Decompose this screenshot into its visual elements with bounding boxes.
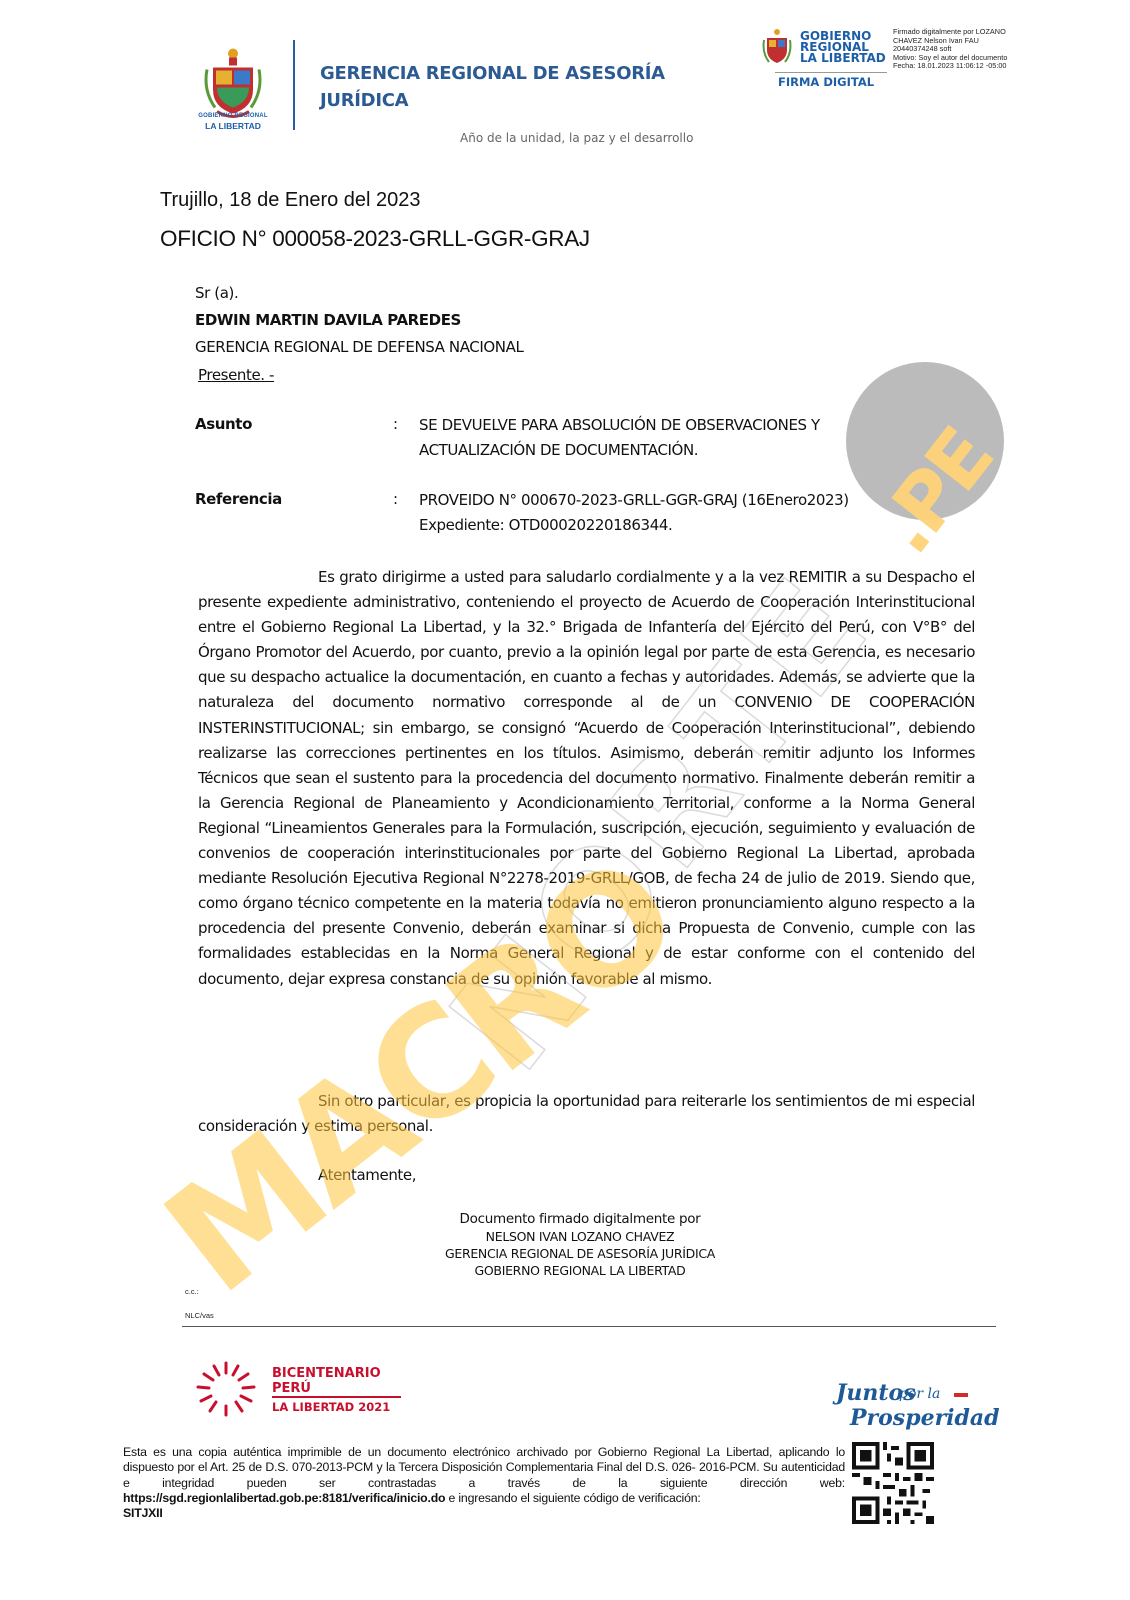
typist-initials: NLC/vas xyxy=(185,1311,214,1320)
verify-text: e ingresando el siguiente código de veri… xyxy=(449,1491,701,1505)
recipient-name: EDWIN MARTIN DAVILA PAREDES xyxy=(195,311,461,329)
watermark-suffix: .PE xyxy=(860,414,1010,570)
salutation: Sr (a). xyxy=(195,284,238,302)
bicentenario-line1: BICENTENARIO xyxy=(272,1366,381,1381)
signature-metadata: Firmado digitalmente por LOZANO CHAVEZ N… xyxy=(893,28,1007,71)
place-date: Trujillo, 18 de Enero del 2023 xyxy=(160,189,421,212)
closing-paragraph-container: Sin otro particular, es propicia la opor… xyxy=(198,1089,975,1139)
signer-name: NELSON IVAN LOZANO CHAVEZ xyxy=(430,1228,730,1245)
bicentenario-line3: LA LIBERTAD 2021 xyxy=(272,1400,390,1414)
flag-icon xyxy=(954,1393,968,1397)
referencia-line2: Expediente: OTD00020220186344. xyxy=(419,513,849,538)
watermark-circle xyxy=(846,362,1004,520)
bicentenario-line2: PERÚ xyxy=(272,1381,381,1396)
oficio-number: OFICIO N° 000058-2023-GRLL-GGR-GRAJ xyxy=(160,226,590,252)
body-paragraph: Es grato dirigirme a usted para saludarl… xyxy=(198,565,975,992)
referencia-line1: PROVEIDO N° 000670-2023-GRLL-GGR-GRAJ (1… xyxy=(419,488,849,513)
asunto-line2: ACTUALIZACIÓN DE DOCUMENTACIÓN. xyxy=(419,438,820,463)
firma-digital-badge: FIRMA DIGITAL xyxy=(778,75,874,89)
header-divider xyxy=(293,40,295,130)
qr-code-icon[interactable] xyxy=(852,1442,934,1524)
signature-rule xyxy=(775,72,887,73)
closing-paragraph: Sin otro particular, es propicia la opor… xyxy=(198,1089,975,1139)
verify-url[interactable]: https://sgd.regionlalibertad.gob.pe:8181… xyxy=(123,1491,445,1505)
recipient-org: GERENCIA REGIONAL DE DEFENSA NACIONAL xyxy=(195,338,523,356)
signer-department: GERENCIA REGIONAL DE ASESORÍA JURÍDICA xyxy=(430,1245,730,1262)
bicentenario-title: BICENTENARIO PERÚ xyxy=(272,1366,381,1396)
body-paragraph-container: Es grato dirigirme a usted para saludarl… xyxy=(198,565,975,992)
seal-caption-bottom: LA LIBERTAD xyxy=(193,121,273,131)
signed-line1: Documento firmado digitalmente por xyxy=(430,1211,730,1228)
asunto-line1: SE DEVUELVE PARA ABSOLUCIÓN DE OBSERVACI… xyxy=(419,413,820,438)
bicentenario-sun-icon xyxy=(192,1359,260,1419)
asunto-label: Asunto xyxy=(195,415,252,433)
signature-org-line3: LA LIBERTAD xyxy=(800,53,886,64)
asunto-value: SE DEVUELVE PARA ABSOLUCIÓN DE OBSERVACI… xyxy=(419,413,820,463)
referencia-value: PROVEIDO N° 000670-2023-GRLL-GGR-GRAJ (1… xyxy=(419,488,849,538)
presente: Presente. - xyxy=(198,366,274,384)
signature-seal-icon xyxy=(760,28,794,68)
verify-code: SITJXII xyxy=(123,1506,163,1520)
atentamente: Atentamente, xyxy=(318,1166,416,1184)
footer-rule xyxy=(182,1326,996,1327)
legal-text: Esta es una copia auténtica imprimible d… xyxy=(123,1445,845,1490)
signature-org: GOBIERNO REGIONAL LA LIBERTAD xyxy=(800,31,886,64)
seal-caption-top: GOBIERNO REGIONAL xyxy=(193,113,273,119)
bicentenario-rule xyxy=(272,1396,401,1398)
legal-notice: Esta es una copia auténtica imprimible d… xyxy=(123,1445,845,1521)
cc-label: c.c.: xyxy=(185,1287,199,1296)
slogan-part2: por la xyxy=(899,1386,940,1402)
year-motto: Año de la unidad, la paz y el desarrollo xyxy=(460,131,693,145)
referencia-label: Referencia xyxy=(195,490,282,508)
slogan-part3: Prosperidad xyxy=(850,1405,1000,1431)
signed-by-block: Documento firmado digitalmente por NELSO… xyxy=(430,1211,730,1279)
juntos-prosperidad-logo: Juntos por la Prosperidad xyxy=(836,1380,986,1440)
asunto-colon: : xyxy=(393,415,398,433)
referencia-colon: : xyxy=(393,490,398,508)
signer-organization: GOBIERNO REGIONAL LA LIBERTAD xyxy=(430,1262,730,1279)
department-title: GERENCIA REGIONAL DE ASESORÍA JURÍDICA xyxy=(320,60,700,114)
